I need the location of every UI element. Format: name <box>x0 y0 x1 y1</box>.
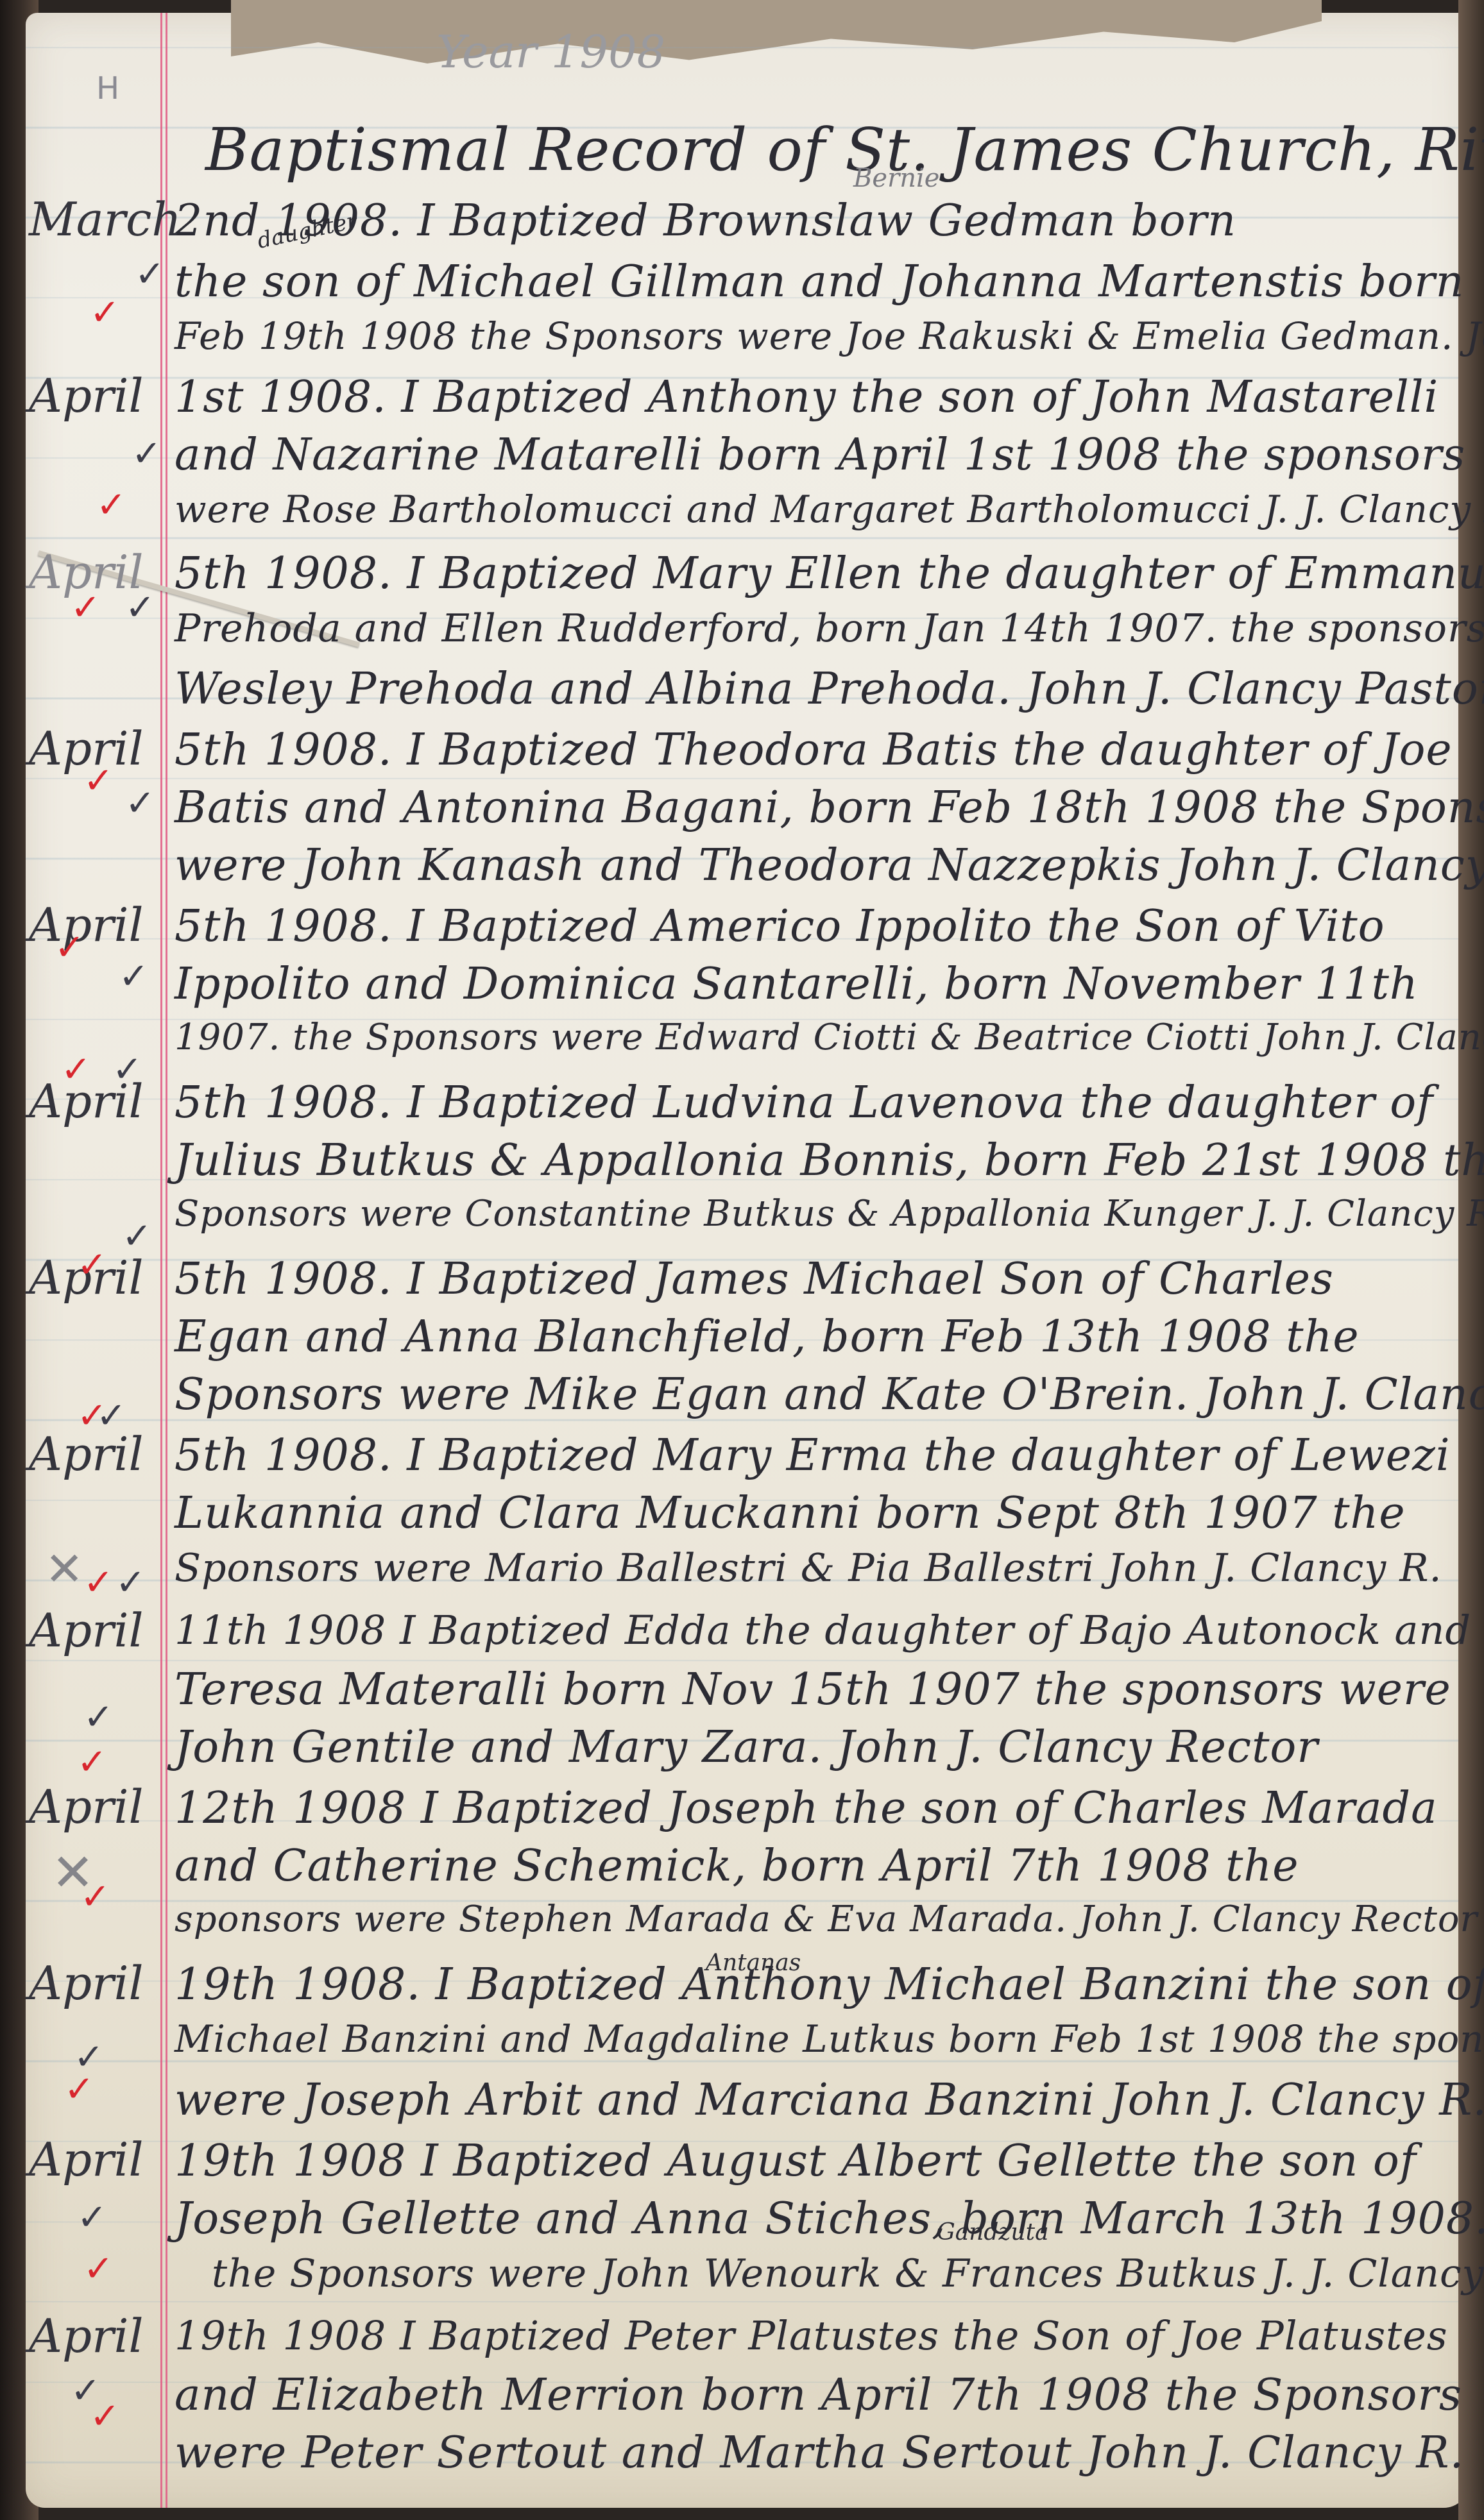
blue-check-icon: ✓ <box>125 786 155 822</box>
page-mark: H <box>96 71 119 106</box>
entry-line: 5th 1908. I Baptized Theodora Batis the … <box>175 725 1453 775</box>
red-check-icon: ✓ <box>61 1052 91 1088</box>
entry-line: 5th 1908. I Baptized James Michael Son o… <box>175 1254 1334 1305</box>
entry-line: Feb 19th 1908 the Sponsors were Joe Raku… <box>175 314 1484 358</box>
entry-line: Teresa Materalli born Nov 15th 1907 the … <box>175 1664 1451 1715</box>
entry-line: sponsors were Stephen Marada & Eva Marad… <box>175 1898 1478 1940</box>
entry-line: 5th 1908. I Baptized Ludvina Lavenova th… <box>175 1078 1433 1128</box>
margin-rule-right <box>166 13 167 2508</box>
red-check-icon: ✓ <box>90 295 120 331</box>
annotation-bernie: Bernie <box>853 164 939 193</box>
entry-line: Sponsors were Constantine Butkus & Appal… <box>175 1193 1484 1235</box>
red-check-icon: ✓ <box>83 1565 114 1601</box>
margin-date: April <box>29 1956 144 2010</box>
red-check-icon: ✓ <box>55 930 85 966</box>
blue-check-icon: ✓ <box>112 1052 142 1088</box>
blue-check-icon: ✓ <box>115 1565 146 1601</box>
margin-date: March <box>29 192 182 246</box>
entry-line: Ippolito and Dominica Santarelli, born N… <box>175 959 1419 1010</box>
red-check-icon: ✓ <box>71 590 101 626</box>
entry-line: the Sponsors were John Wenourk & Frances… <box>212 2251 1484 2296</box>
margin-rule-left <box>160 13 162 2508</box>
entry-line: 5th 1908. I Baptized Americo Ippolito th… <box>175 901 1385 952</box>
entry-line: Batis and Antonina Bagani, born Feb 18th… <box>175 782 1484 833</box>
entry-line: Egan and Anna Blanchfield, born Feb 13th… <box>175 1312 1360 1362</box>
red-check-icon: ✓ <box>64 2072 94 2108</box>
entry-line: were John Kanash and Theodora Nazzepkis … <box>175 840 1484 891</box>
margin-date: April <box>29 898 144 952</box>
red-check-icon: ✓ <box>77 1745 107 1780</box>
margin-date: April <box>29 2133 144 2186</box>
entry-line: 19th 1908. I Baptized Anthony Michael Ba… <box>175 1959 1484 2010</box>
entry-line: were Joseph Arbit and Marciana Banzini J… <box>175 2075 1484 2126</box>
entry-line: 5th 1908. I Baptized Mary Erma the daugh… <box>175 1430 1451 1481</box>
entry-line: Joseph Gellette and Anna Stiches, born M… <box>175 2194 1484 2244</box>
entry-line: Sponsors were Mike Egan and Kate O'Brein… <box>175 1369 1484 1420</box>
blue-check-icon: ✓ <box>125 590 155 626</box>
annotation-antanas: Antanas <box>706 1950 801 1976</box>
register-title: Baptismal Record of St. James Church, Ri… <box>205 115 1484 184</box>
red-check-icon: ✓ <box>83 763 114 799</box>
entry-line: Sponsors were Mario Ballestri & Pia Ball… <box>175 1546 1442 1591</box>
book-edge <box>1458 0 1484 2520</box>
entry-line: and Nazarine Matarelli born April 1st 19… <box>175 430 1465 480</box>
entry-line: the son of Michael Gillman and Johanna M… <box>175 257 1464 307</box>
red-check-icon: ✓ <box>96 487 126 523</box>
entry-line: were Peter Sertout and Martha Sertout Jo… <box>175 2428 1464 2478</box>
blue-check-icon: ✓ <box>96 1398 126 1434</box>
entry-line: 19th 1908 I Baptized August Albert Gelle… <box>175 2136 1417 2186</box>
red-check-icon: ✓ <box>77 1247 107 1283</box>
margin-date: April <box>29 2309 144 2363</box>
entry-line: 5th 1908. I Baptized Mary Ellen the daug… <box>175 548 1484 599</box>
entry-line: John Gentile and Mary Zara. John J. Clan… <box>175 1722 1318 1773</box>
faded-year-header: Year 1908 <box>436 26 665 78</box>
blue-check-icon: ✓ <box>83 1700 114 1736</box>
blue-check-icon: ✓ <box>119 959 149 995</box>
entry-line: and Catherine Schemick, born April 7th 1… <box>175 1841 1299 1891</box>
margin-date: April <box>29 1603 144 1657</box>
margin-date: April <box>29 1780 144 1834</box>
entry-line: 1st 1908. I Baptized Anthony the son of … <box>175 372 1438 423</box>
margin-date: April <box>29 369 144 423</box>
entry-line: Lukannia and Clara Muckanni born Sept 8t… <box>175 1488 1406 1539</box>
blue-check-icon: ✓ <box>132 436 162 472</box>
entry-line: 11th 1908 I Baptized Edda the daughter o… <box>175 1607 1471 1653</box>
entry-line: Wesley Prehoda and Albina Prehoda. John … <box>175 664 1484 715</box>
entry-line: and Elizabeth Merrion born April 7th 190… <box>175 2370 1462 2421</box>
blue-check-icon: ✓ <box>122 1219 152 1255</box>
entry-line: 19th 1908 I Baptized Peter Platustes the… <box>175 2312 1448 2359</box>
red-check-icon: ✓ <box>90 2399 120 2435</box>
blue-check-icon: ✓ <box>77 2200 107 2236</box>
entry-line: Prehoda and Ellen Rudderford, born Jan 1… <box>175 606 1484 651</box>
x-mark-icon: ✕ <box>45 1546 83 1592</box>
entry-line: 12th 1908 I Baptized Joseph the son of C… <box>175 1783 1438 1834</box>
blue-check-icon: ✓ <box>135 257 165 292</box>
entry-line: were Rose Bartholomucci and Margaret Bar… <box>175 487 1484 531</box>
red-check-icon: ✓ <box>83 2251 114 2287</box>
entry-line: 1907. the Sponsors were Edward Ciotti & … <box>175 1017 1484 1058</box>
annotation-gandzuta: Gandzuta <box>937 2219 1049 2245</box>
red-check-icon: ✓ <box>80 1879 110 1915</box>
entry-line: Michael Banzini and Magdaline Lutkus bor… <box>175 2017 1484 2061</box>
entry-line: Julius Butkus & Appallonia Bonnis, born … <box>175 1135 1484 1186</box>
